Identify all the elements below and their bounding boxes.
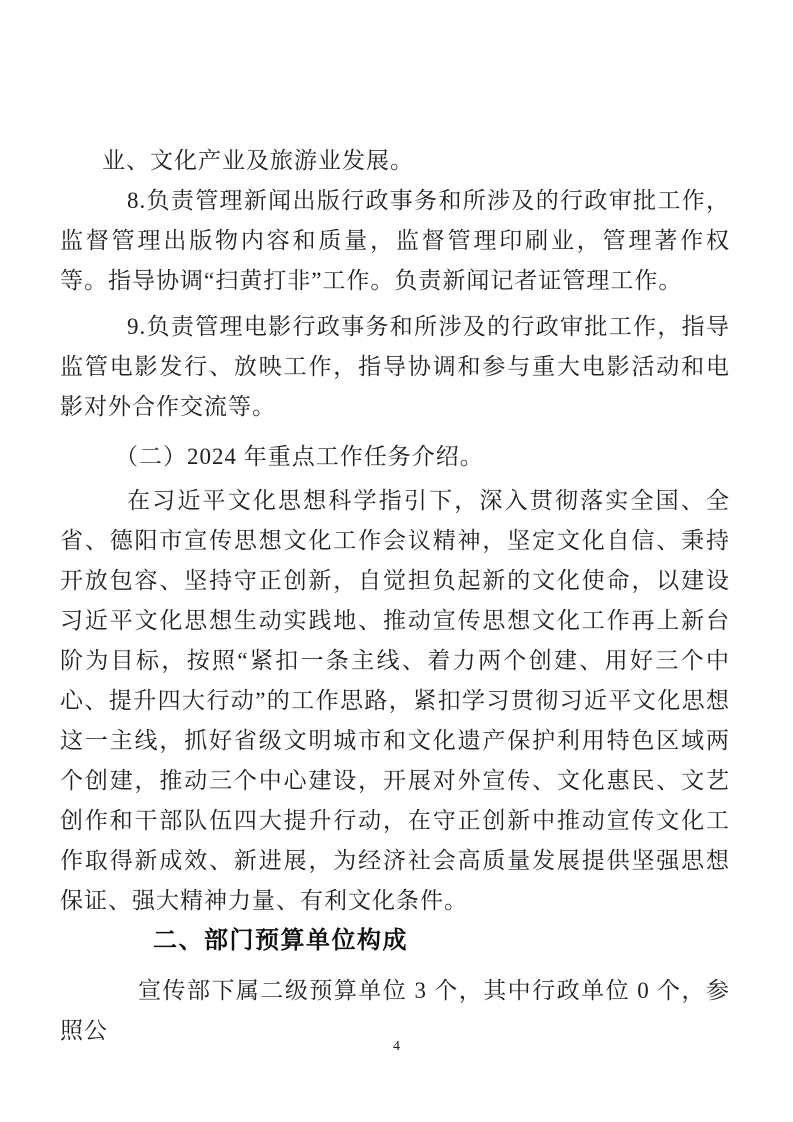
page-body-text: 业、文化产业及旅游业发展。 8.负责管理新闻出版行政事务和所涉及的行政审批工作，… xyxy=(60,141,730,1051)
section-heading: 二、部门预算单位构成 xyxy=(60,921,730,961)
continuation-paragraph: 业、文化产业及旅游业发展。 xyxy=(60,141,730,181)
document-page: 业、文化产业及旅游业发展。 8.负责管理新闻出版行政事务和所涉及的行政审批工作，… xyxy=(0,0,793,1122)
subsection-heading: （二）2024 年重点工作任务介绍。 xyxy=(60,437,730,477)
numbered-item-8: 8.负责管理新闻出版行政事务和所涉及的行政审批工作，监督管理出版物内容和质量，监… xyxy=(60,181,730,301)
page-number: 4 xyxy=(0,1038,793,1056)
numbered-item-9: 9.负责管理电影行政事务和所涉及的行政审批工作，指导监管电影发行、放映工作，指导… xyxy=(60,307,730,427)
body-paragraph: 在习近平文化思想科学指引下，深入贯彻落实全国、全省、德阳市宣传思想文化工作会议精… xyxy=(60,481,730,921)
